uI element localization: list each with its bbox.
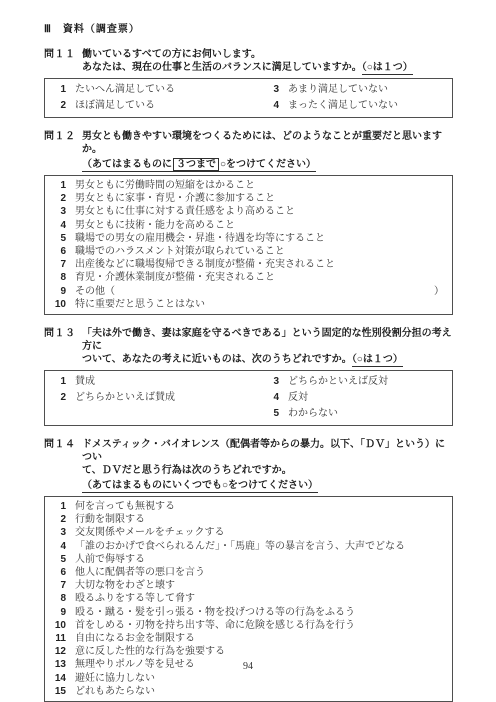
item-number: 15 [51,685,66,698]
list-item: 7出産後などに職場復帰できる制度が整備・充実されること [51,258,444,271]
item-text: どちらかといえば反対 [288,374,388,390]
item-text: 男女ともに家事・育児・介護に参加すること [75,192,275,205]
question-11-text: 働いているすべての方にお伺いします。 あなたは、現在の仕事と生活のバランスに満足… [82,48,453,74]
question-13: 問１３ 「夫は外で働き、妻は家庭を守るべきである」という固定的な性別役割分担の考… [44,327,453,426]
item-text: わからない [288,406,338,422]
list-item: 3どちらかといえば反対 [264,374,444,390]
list-item: 10首をしめる・刃物を持ち出す等、命に危険を感じる行為を行う [51,619,444,632]
list-item: 15どれもあたらない [51,685,444,698]
item-number: 1 [51,500,66,513]
question-13-options-box: 1賛成2どちらかといえば賛成3どちらかといえば反対4反対5わからない [44,370,453,426]
questionnaire-page: Ⅲ 資料（調査票） 問１１ 働いているすべての方にお伺いします。 あなたは、現在… [0,0,496,702]
item-number: 1 [51,82,66,98]
item-number: 3 [51,205,66,218]
item-number: 7 [51,579,66,592]
item-text: 賛成 [75,374,95,390]
item-number: 2 [51,98,66,114]
instruction-suffix: ○をつけてください） [220,159,316,170]
item-number: 5 [264,406,279,422]
list-item: 5職場での男女の雇用機会・昇進・待遇を均等にすること [51,232,444,245]
list-item: 2行動を制限する [51,513,444,526]
item-text: 「誰のおかげで食べられるんだ」・「馬鹿」等の暴言を言う、大声でどなる [75,540,405,553]
list-item: 14避妊に協力しない [51,672,444,685]
list-item: 6職場でのハラスメント対策が取られていること [51,245,444,258]
list-item: 1何を言っても無視する [51,500,444,513]
item-number: 4 [51,219,66,232]
question-11-label: 問１１ [44,48,82,74]
item-number: 6 [51,245,66,258]
item-number: 4 [51,540,66,553]
question-11-line1: 働いているすべての方にお伺いします。 [82,48,453,61]
item-text: 男女ともに仕事に対する責任感をより高めること [75,205,295,218]
item-number: 2 [51,390,66,406]
question-12-label: 問１２ [44,130,82,171]
question-11-line2: あなたは、現在の仕事と生活のバランスに満足していますか。（○は１つ） [82,61,453,74]
item-number: 8 [51,271,66,284]
item-number: 11 [51,632,66,645]
list-item: 7大切な物をわざと壊す [51,579,444,592]
question-12-line1: 男女とも働きやすい環境をつくるためには、どのようなことが重要だと思いますか。 [82,130,453,156]
list-item: 5人前で侮辱する [51,553,444,566]
item-number: 4 [264,390,279,406]
item-text: まったく満足していない [288,98,398,114]
question-11-options-box: 1たいへん満足している2ほぼ満足している3あまり満足していない4まったく満足して… [44,78,453,118]
question-12-text: 男女とも働きやすい環境をつくるためには、どのようなことが重要だと思いますか。 （… [82,130,453,171]
item-number: 9 [51,285,66,298]
question-12-instruction-inner: （あてはまるものに３つまで○をつけてください） [82,159,316,172]
question-11-header: 問１１ 働いているすべての方にお伺いします。 あなたは、現在の仕事と生活のバラン… [44,48,453,74]
question-13-instruction: （○は１つ） [352,354,403,367]
question-14-header: 問１４ ドメスティック・バイオレンス（配偶者等からの暴力。以下、「ＤＶ」という）… [44,438,453,492]
item-number: 2 [51,192,66,205]
list-item: 4反対 [264,390,444,406]
item-text: 行動を制限する [75,513,145,526]
list-item: 8育児・介護休業制度が整備・充実されること [51,271,444,284]
list-item: 3男女ともに仕事に対する責任感をより高めること [51,205,444,218]
item-text: 何を言っても無視する [75,500,175,513]
list-item: 4まったく満足していない [264,98,444,114]
item-text: 人前で侮辱する [75,553,145,566]
question-14-instruction-inner: （あてはまるものにいくつでも○をつけてください） [82,480,318,493]
item-text: ほぼ満足している [75,98,155,114]
item-text: 職場での男女の雇用機会・昇進・待遇を均等にすること [75,232,325,245]
item-number: 8 [51,592,66,605]
list-item: 4男女ともに技術・能力を高めること [51,219,444,232]
list-item: 11自由になるお金を制限する [51,632,444,645]
fill-in-blank [115,285,434,298]
list-item: 1たいへん満足している [51,82,264,98]
item-number: 3 [264,82,279,98]
list-item: 3あまり満足していない [264,82,444,98]
item-text: どれもあたらない [75,685,155,698]
list-item: 3交友関係やメールをチェックする [51,526,444,539]
item-number: 10 [51,298,66,311]
item-text: 男女ともに技術・能力を高めること [75,219,235,232]
item-text: 殴る・蹴る・髪を引っ張る・物を投げつける等の行為をふるう [75,606,355,619]
question-14-label: 問１４ [44,438,82,492]
item-text: どちらかといえば賛成 [75,390,175,406]
question-13-text: 「夫は外で働き、妻は家庭を守るべきである」という固定的な性別役割分担の考え方に … [82,327,453,366]
item-text: たいへん満足している [75,82,175,98]
item-number: 9 [51,606,66,619]
item-number: 5 [51,553,66,566]
question-14-line1: ドメスティック・バイオレンス（配偶者等からの暴力。以下、「ＤＶ」という）につい [82,438,453,464]
question-14-text: ドメスティック・バイオレンス（配偶者等からの暴力。以下、「ＤＶ」という）につい … [82,438,453,492]
options-column: 3あまり満足していない4まったく満足していない [264,82,444,114]
item-number: 12 [51,645,66,658]
item-number: 3 [51,526,66,539]
list-item: 5わからない [264,406,444,422]
question-13-line2-text: ついて、あなたの考えに近いものは、次のうちどれですか。 [82,354,352,365]
list-item: 2どちらかといえば賛成 [51,390,264,406]
question-14-instruction: （あてはまるものにいくつでも○をつけてください） [82,479,453,492]
options-column: 1たいへん満足している2ほぼ満足している [51,82,264,114]
section-title: Ⅲ 資料（調査票） [44,20,453,35]
options-column: 3どちらかといえば反対4反対5わからない [264,374,444,422]
options-column: 1賛成2どちらかといえば賛成 [51,374,264,422]
item-tail: ） [434,285,444,298]
list-item: 1賛成 [51,374,264,390]
item-text: 避妊に協力しない [75,672,155,685]
item-number: 7 [51,258,66,271]
question-14-line2: て、ＤＶだと思う行為は次のうちどれですか。 [82,464,453,477]
question-12: 問１２ 男女とも働きやすい環境をつくるためには、どのようなことが重要だと思います… [44,130,453,315]
limit-box: ３つまで [173,158,219,171]
question-12-options-box: 1男女ともに労働時間の短縮をはかること2男女ともに家事・育児・介護に参加すること… [44,175,453,315]
item-text: 反対 [288,390,308,406]
item-number: 1 [51,374,66,390]
page-number: 94 [0,661,496,672]
question-13-label: 問１３ [44,327,82,366]
item-number: 3 [264,374,279,390]
list-item: 2ほぼ満足している [51,98,264,114]
item-text: 大切な物をわざと壊す [75,579,175,592]
item-text: 自由になるお金を制限する [75,632,195,645]
list-item: 10特に重要だと思うことはない [51,298,444,311]
item-text: 交友関係やメールをチェックする [75,526,225,539]
list-item: 1男女ともに労働時間の短縮をはかること [51,179,444,192]
question-13-line2: ついて、あなたの考えに近いものは、次のうちどれですか。（○は１つ） [82,353,453,366]
item-number: 1 [51,179,66,192]
question-13-line1: 「夫は外で働き、妻は家庭を守るべきである」という固定的な性別役割分担の考え方に [82,327,453,353]
item-text: 殴るふりをする等して脅す [75,592,195,605]
item-number: 4 [264,98,279,114]
list-item: 8殴るふりをする等して脅す [51,592,444,605]
item-number: 5 [51,232,66,245]
question-11: 問１１ 働いているすべての方にお伺いします。 あなたは、現在の仕事と生活のバラン… [44,48,453,118]
question-13-header: 問１３ 「夫は外で働き、妻は家庭を守るべきである」という固定的な性別役割分担の考… [44,327,453,366]
item-text: 意に反した性的な行為を強要する [75,645,225,658]
item-number: 14 [51,672,66,685]
list-item: 4「誰のおかげで食べられるんだ」・「馬鹿」等の暴言を言う、大声でどなる [51,540,444,553]
item-text: 他人に配偶者等の悪口を言う [75,566,205,579]
list-item: 6他人に配偶者等の悪口を言う [51,566,444,579]
item-text: 男女ともに労働時間の短縮をはかること [75,179,255,192]
item-text: 職場でのハラスメント対策が取られていること [75,245,285,258]
question-12-header: 問１２ 男女とも働きやすい環境をつくるためには、どのようなことが重要だと思います… [44,130,453,171]
item-text: 育児・介護休業制度が整備・充実されること [75,271,275,284]
question-12-instruction: （あてはまるものに３つまで○をつけてください） [82,158,453,171]
item-text: その他（ [75,285,115,298]
list-item: 9その他（） [51,285,444,298]
item-text: 特に重要だと思うことはない [75,298,205,311]
item-number: 2 [51,513,66,526]
question-11-line2-text: あなたは、現在の仕事と生活のバランスに満足していますか。 [82,62,362,73]
list-item: 9殴る・蹴る・髪を引っ張る・物を投げつける等の行為をふるう [51,606,444,619]
question-11-instruction: （○は１つ） [362,62,413,75]
list-item: 12意に反した性的な行為を強要する [51,645,444,658]
item-number: 6 [51,566,66,579]
list-item: 2男女ともに家事・育児・介護に参加すること [51,192,444,205]
instruction-prefix: （あてはまるものに [82,159,172,170]
item-text: 首をしめる・刃物を持ち出す等、命に危険を感じる行為を行う [75,619,355,632]
item-text: 出産後などに職場復帰できる制度が整備・充実されること [75,258,335,271]
item-number: 10 [51,619,66,632]
item-text: あまり満足していない [288,82,388,98]
